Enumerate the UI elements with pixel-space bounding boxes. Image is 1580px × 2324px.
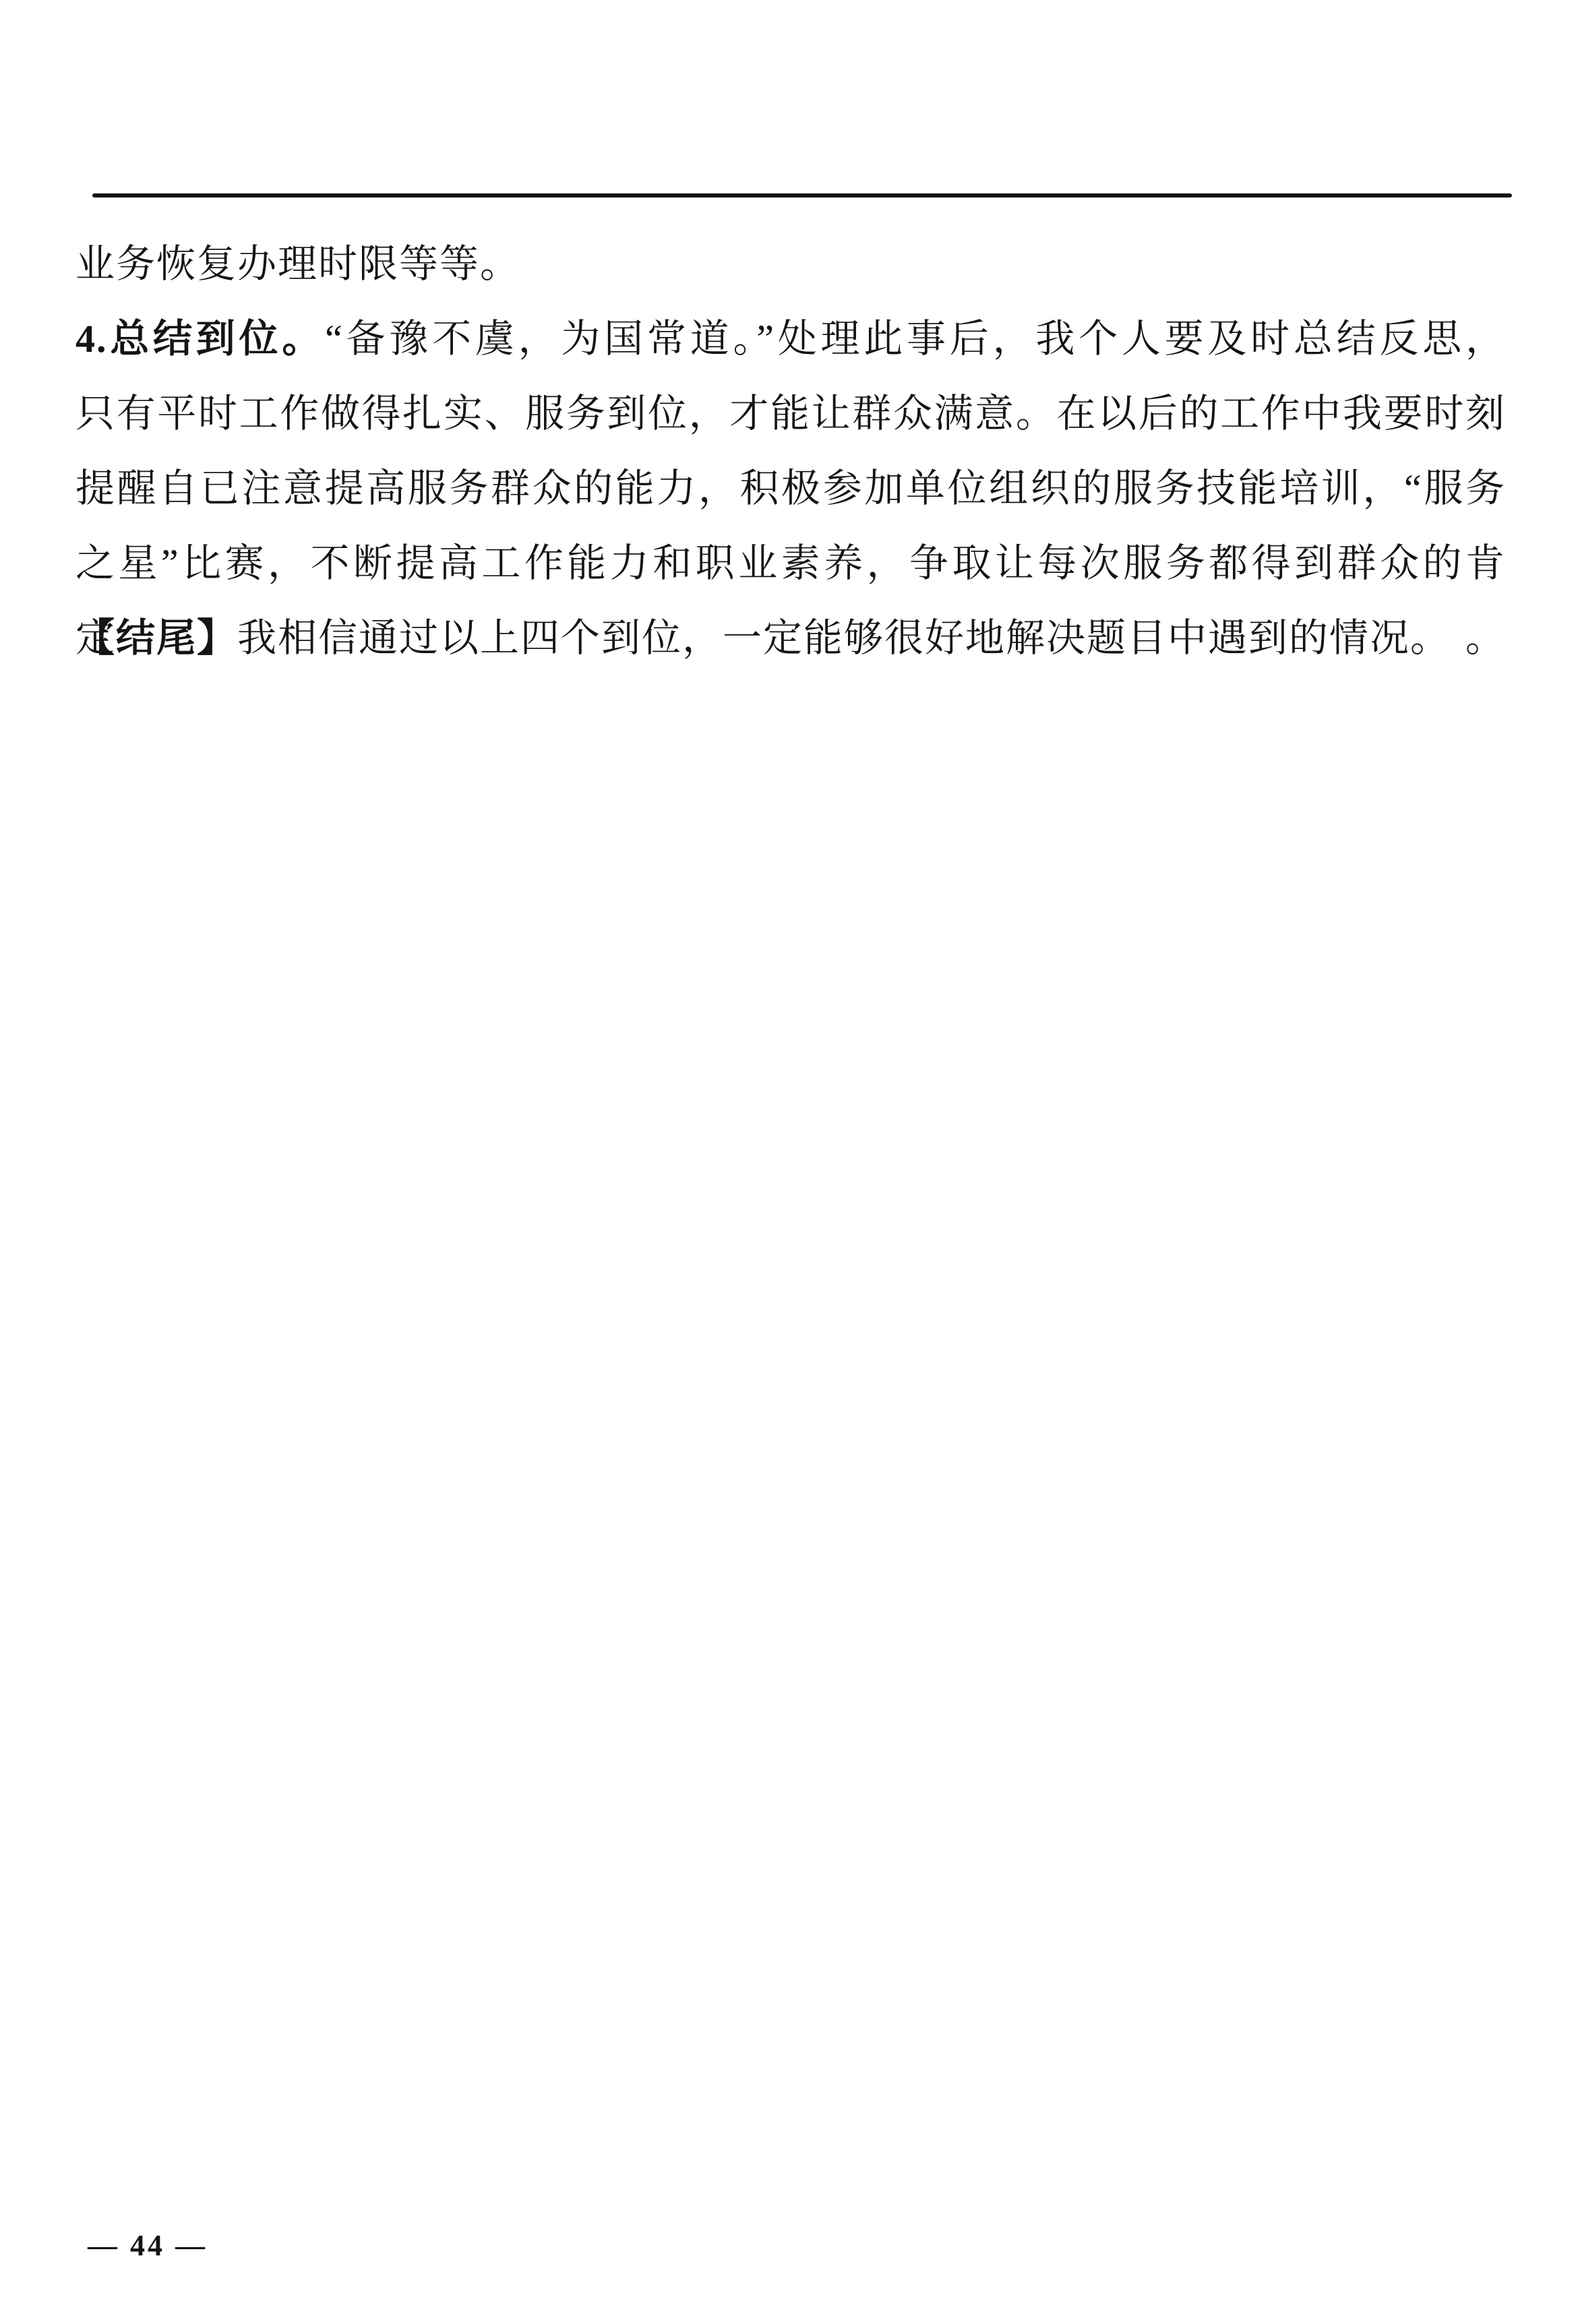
bold-text-segment: 【结尾】 — [75, 616, 237, 660]
text-line: 业务恢复办理时限等等。 — [75, 226, 1506, 301]
text-line: 之星”比赛，不断提高工作能力和职业素养，争取让每次服务都得到群众的肯定。 — [75, 526, 1506, 601]
scanned-document-page: 业务恢复办理时限等等。4.总结到位。“备豫不虞，为国常道。”处理此事后，我个人要… — [0, 0, 1580, 2324]
text-segment: 提醒自已注意提高服务群众的能力，积极参加单位组织的服务技能培训，“服务 — [75, 466, 1506, 510]
header-divider-rule — [92, 193, 1512, 197]
text-line: 只有平时工作做得扎实、服务到位，才能让群众满意。在以后的工作中我要时刻 — [75, 376, 1506, 451]
text-segment: 业务恢复办理时限等等。 — [75, 242, 520, 286]
text-segment: 只有平时工作做得扎实、服务到位，才能让群众满意。在以后的工作中我要时刻 — [75, 392, 1506, 435]
text-line: 4.总结到位。“备豫不虞，为国常道。”处理此事后，我个人要及时总结反思， — [75, 301, 1506, 376]
text-segment: 我相信通过以上四个到位，一定能够很好地解决题目中遇到的情况。 — [237, 616, 1451, 660]
text-line: 提醒自已注意提高服务群众的能力，积极参加单位组织的服务技能培训，“服务 — [75, 451, 1506, 526]
page-number: — 44 — — [88, 2228, 208, 2263]
bold-text-segment: 4.总结到位。 — [75, 317, 325, 361]
text-segment: “备豫不虞，为国常道。”处理此事后，我个人要及时总结反思， — [325, 317, 1506, 361]
document-body: 业务恢复办理时限等等。4.总结到位。“备豫不虞，为国常道。”处理此事后，我个人要… — [75, 226, 1506, 675]
text-line: 【结尾】我相信通过以上四个到位，一定能够很好地解决题目中遇到的情况。 — [75, 601, 1506, 675]
